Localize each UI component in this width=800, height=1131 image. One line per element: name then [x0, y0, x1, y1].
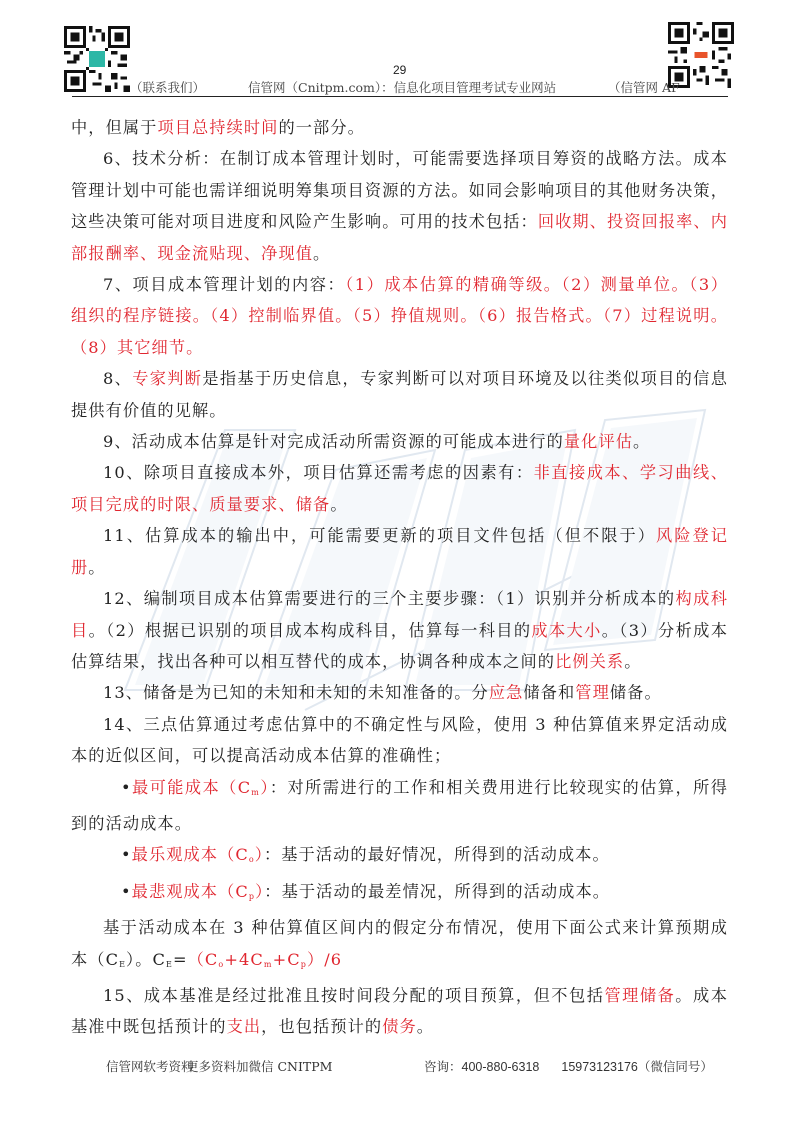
paragraph-8-expert-judgment: 8、专家判断是指基于历史信息，专家判断可以对项目环境及以往类似项目的信息提供有价… [71, 363, 728, 426]
site-title: 信管网（Cnitpm.com）：信息化项目管理考试专业网站 [248, 78, 556, 96]
bullet-optimistic: •最乐观成本（Co）：基于活动的最好情况，所得到的活动成本。 [71, 839, 728, 875]
footer-mobile: 15973123176 [561, 1060, 637, 1074]
paragraph-7-plan-contents: 7、项目成本管理计划的内容：（1）成本估算的精确等级。（2）测量单位。（3）组织… [71, 269, 728, 363]
expected-cost-formula: （Co+4Cm+Cp）/6 [188, 950, 343, 969]
page-number: 29 [393, 63, 406, 77]
bullet-most-likely: •最可能成本（Cm）：对所需进行的工作和相关费用进行比较现实的估算，所得到的活动… [71, 772, 728, 840]
footer-phone: 400-880-6318 [462, 1060, 540, 1074]
paragraph-continuation: 中，但属于项目总持续时间的一部分。 [71, 112, 728, 143]
paragraph-15-cost-baseline: 15、成本基准是经过批准且按时间段分配的项目预算，但不包括管理储备。成本基准中既… [71, 980, 728, 1043]
document-body: 中，但属于项目总持续时间的一部分。 6、技术分析：在制订成本管理计划时，可能需要… [71, 112, 728, 1043]
paragraph-13-reserves: 13、储备是为已知的未知和未知的未知准备的。分应急储备和管理储备。 [71, 677, 728, 708]
paragraph-11-outputs: 11、估算成本的输出中，可能需要更新的项目文件包括（但不限于）风险登记册。 [71, 520, 728, 583]
contact-us-label: （联系我们） [130, 78, 205, 96]
paragraph-12-steps: 12、编制项目成本估算需要进行的三个主要步骤：（1）识别并分析成本的构成科目。（… [71, 583, 728, 677]
paragraph-6-technical-analysis: 6、技术分析：在制订成本管理计划时，可能需要选择项目筹资的战略方法。成本管理计划… [71, 143, 728, 269]
app-label: （信管网 AF [608, 78, 680, 96]
bullet-pessimistic: •最悲观成本（Cp）：基于活动的最差情况，所得到的活动成本。 [71, 876, 728, 912]
qr-code-contact-icon [64, 26, 130, 92]
paragraph-9-activity-cost: 9、活动成本估算是针对完成活动所需资源的可能成本进行的量化评估。 [71, 426, 728, 457]
footer-contact: 咨询：400-880-631815973123176（微信同号） [424, 1057, 713, 1075]
header-rule [72, 96, 728, 97]
paragraph-10-factors: 10、除项目直接成本外，项目估算还需考虑的因素有：非直接成本、学习曲线、项目完成… [71, 457, 728, 520]
footer-resource-label: 信管网软考资料 [106, 1057, 194, 1075]
paragraph-expected-cost-formula: 基于活动成本在 3 种估算值区间内的假定分布情况，使用下面公式来计算预期成本（C… [71, 912, 728, 980]
footer-wechat-label: 更多资料加微信 CNITPM [186, 1057, 332, 1075]
paragraph-14-three-point: 14、三点估算通过考虑估算中的不确定性与风险，使用 3 种估算值来界定活动成本的… [71, 709, 728, 772]
